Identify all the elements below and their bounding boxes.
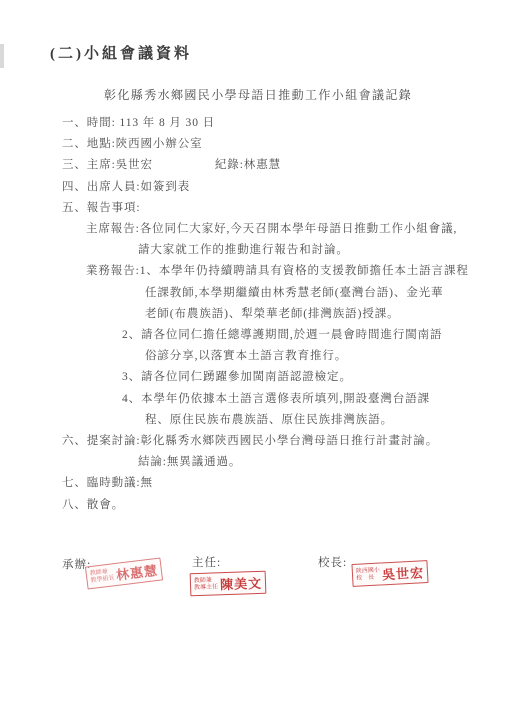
document-line: 七、臨時動議:無 (0, 473, 528, 494)
stamp-role-line: 教導主任 (194, 584, 218, 592)
document-page: (二)小組會議資料 彰化縣秀水鄉國民小學母語日推動工作小組會議記錄 一、時間: … (0, 0, 528, 724)
stamp-role-text: 教師兼 教學組長 (89, 568, 115, 585)
document-line: 主席報告:各位同仁大家好,今天召開本學年母語日推動工作小組會議, (0, 219, 528, 240)
document-line: 二、地點:陝西國小辦公室 (0, 134, 528, 155)
document-line: 五、報告事項: (0, 198, 528, 219)
document-body: 一、時間: 113 年 8 月 30 日二、地點:陝西國小辦公室三、主席:吳世宏… (0, 113, 528, 516)
stamp-name: 陳美文 (220, 573, 263, 593)
document-line: 一、時間: 113 年 8 月 30 日 (0, 113, 528, 134)
director-label: 主任: (192, 554, 221, 570)
principal-label: 校長: (318, 554, 347, 570)
document-line: 三、主席:吳世宏 紀錄:林惠慧 (0, 155, 528, 176)
document-line: 程、原住民族布農族語、原住民族排灣族語。 (0, 410, 528, 431)
document-line: 俗諺分享,以落實本土語言教育推行。 (0, 346, 528, 367)
document-line: 2、請各位同仁擔任總導護期間,於週一晨會時間進行閩南語 (0, 325, 528, 346)
undertaker-stamp: 教師兼 教學組長 林惠慧 (85, 557, 163, 589)
document-line: 結論:無異議通過。 (0, 452, 528, 473)
principal-stamp: 陝西國小 校 長 吳世宏 (351, 560, 428, 587)
document-line: 六、提案討論:彰化縣秀水鄉陝西國民小學台灣母語日推行計畫討論。 (0, 431, 528, 452)
stamp-role-text: 教師兼 教導主任 (194, 577, 218, 592)
document-title: 彰化縣秀水鄉國民小學母語日推動工作小組會議記錄 (104, 86, 412, 103)
stamp-role-text: 陝西國小 校 長 (356, 567, 381, 582)
document-line: 4、本學年仍依據本土語言選修表所填列,開設臺灣台語課 (0, 389, 528, 410)
stamp-role-line: 教學組長 (90, 575, 115, 585)
document-line: 任課教師,本學期繼續由林秀慧老師(臺灣台語)、金光華 (0, 283, 528, 304)
stamp-name: 吳世宏 (382, 562, 425, 583)
document-line: 請大家就工作的推動進行報告和討論。 (0, 240, 528, 261)
document-line: 老師(布農族語)、犁榮華老師(排灣族語)授課。 (0, 304, 528, 325)
director-stamp: 教師兼 教導主任 陳美文 (190, 571, 267, 597)
scan-artifact (0, 44, 4, 68)
document-line: 3、請各位同仁踴躍參加閩南語認證檢定。 (0, 367, 528, 388)
section-heading: (二)小組會議資料 (50, 42, 192, 63)
document-line: 業務報告:1、本學年仍持續聘請具有資格的支援教師擔任本土語言課程 (0, 261, 528, 282)
stamp-name: 林惠慧 (115, 560, 159, 584)
stamp-role-line: 校 長 (356, 574, 380, 582)
document-line: 四、出席人員:如簽到表 (0, 177, 528, 198)
document-line: 八、散會。 (0, 495, 528, 516)
